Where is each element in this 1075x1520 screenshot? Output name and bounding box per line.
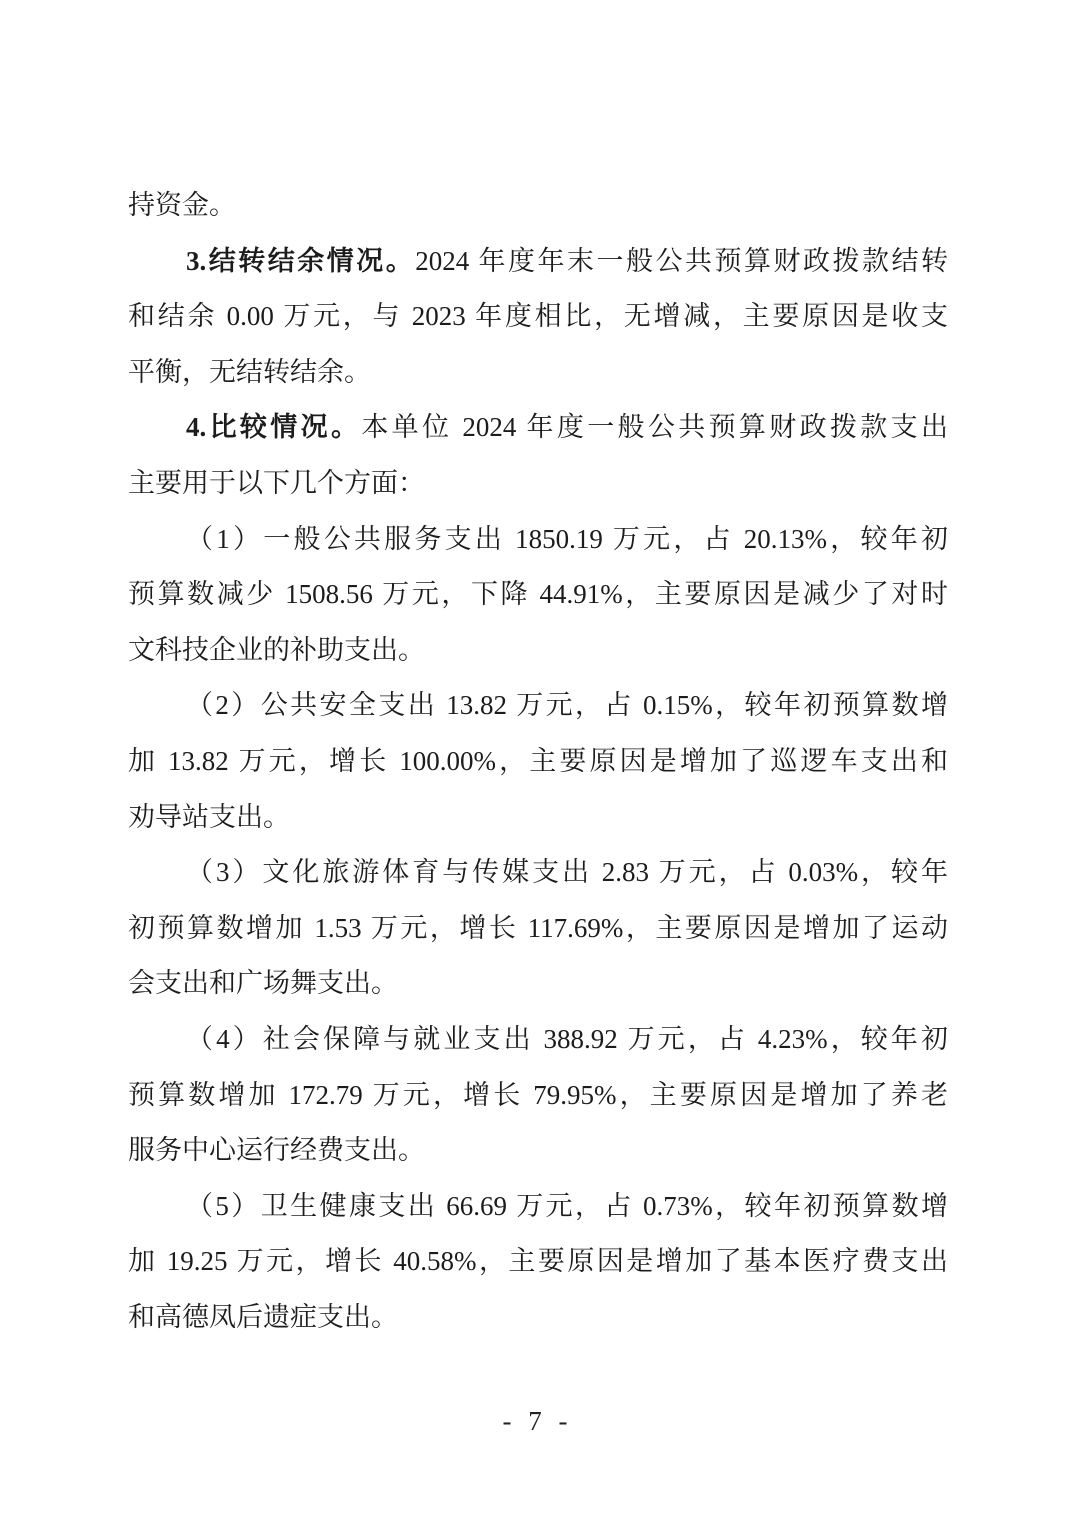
section-3-line-3: 平衡，无结转结余。: [128, 345, 948, 401]
section-3-heading: 3.结转结余情况。: [186, 246, 415, 276]
item-4-line-3: 服务中心运行经费支出。: [128, 1123, 948, 1179]
item-5-line-1: （5）卫生健康支出 66.69 万元，占 0.73%，较年初预算数增: [128, 1179, 948, 1235]
section-3-line-2: 和结余 0.00 万元，与 2023 年度相比，无增减，主要原因是收支: [128, 289, 948, 345]
section-3-line-1: 3.结转结余情况。2024 年度年末一般公共预算财政拨款结转: [128, 234, 948, 290]
section-4-line-1: 4.比较情况。本单位 2024 年度一般公共预算财政拨款支出: [128, 400, 948, 456]
section-4-line-2: 主要用于以下几个方面：: [128, 456, 948, 512]
item-3-line-2: 初预算数增加 1.53 万元，增长 117.69%，主要原因是增加了运动: [128, 901, 948, 957]
item-1-line-3: 文科技企业的补助支出。: [128, 623, 948, 679]
item-5-line-3: 和高德凤后遗症支出。: [128, 1290, 948, 1346]
item-4-line-2: 预算数增加 172.79 万元，增长 79.95%，主要原因是增加了养老: [128, 1068, 948, 1124]
section-3-line-1-rest: 2024 年度年末一般公共预算财政拨款结转: [415, 246, 948, 276]
item-4-line-1: （4）社会保障与就业支出 388.92 万元，占 4.23%，较年初: [128, 1012, 948, 1068]
item-3-line-3: 会支出和广场舞支出。: [128, 956, 948, 1012]
item-2-line-3: 劝导站支出。: [128, 790, 948, 846]
item-2-line-1: （2）公共安全支出 13.82 万元，占 0.15%，较年初预算数增: [128, 678, 948, 734]
page-number: - 7 -: [0, 1406, 1075, 1437]
item-1-line-1: （1）一般公共服务支出 1850.19 万元，占 20.13%，较年初: [128, 512, 948, 568]
paragraph-carryover-line: 持资金。: [128, 178, 948, 234]
section-4-heading: 4.比较情况。: [186, 412, 361, 442]
item-5-line-2: 加 19.25 万元，增长 40.58%，主要原因是增加了基本医疗费支出: [128, 1234, 948, 1290]
section-4-line-1-rest: 本单位 2024 年度一般公共预算财政拨款支出: [361, 412, 948, 442]
item-3-line-1: （3）文化旅游体育与传媒支出 2.83 万元，占 0.03%，较年: [128, 845, 948, 901]
item-2-line-2: 加 13.82 万元，增长 100.00%，主要原因是增加了巡逻车支出和: [128, 734, 948, 790]
document-body: 持资金。 3.结转结余情况。2024 年度年末一般公共预算财政拨款结转 和结余 …: [128, 178, 948, 1345]
item-1-line-2: 预算数减少 1508.56 万元，下降 44.91%，主要原因是减少了对时: [128, 567, 948, 623]
